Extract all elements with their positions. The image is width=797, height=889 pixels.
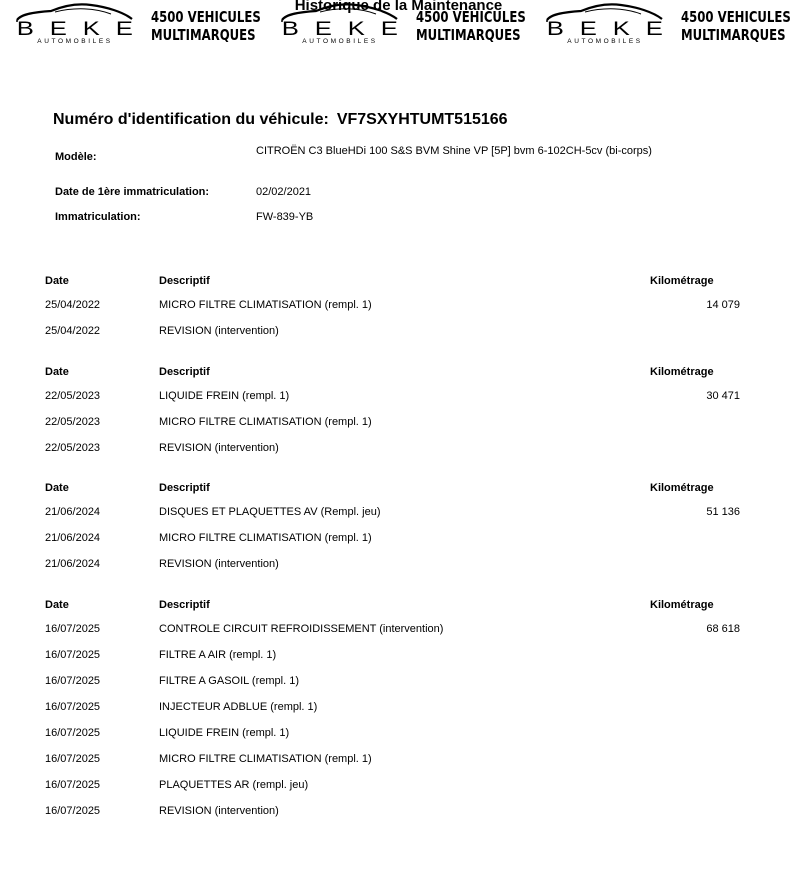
row-description: LIQUIDE FREIN (rempl. 1) (159, 727, 289, 739)
table-row: 21/06/2024MICRO FILTRE CLIMATISATION (re… (0, 532, 797, 546)
logo-wordmark: BEKE (19, 20, 131, 39)
logo-letter: K (83, 20, 100, 39)
logo-letter: E (381, 20, 398, 39)
row-date: 22/05/2023 (45, 416, 100, 428)
table-row: 22/05/2023MICRO FILTRE CLIMATISATION (re… (0, 416, 797, 430)
table-row: 16/07/2025MICRO FILTRE CLIMATISATION (re… (0, 753, 797, 767)
table-row: 16/07/2025INJECTEUR ADBLUE (rempl. 1) (0, 701, 797, 715)
registration-label: Immatriculation: (55, 211, 141, 223)
vin-value: VF7SXYHTUMT515166 (337, 111, 508, 128)
logo-letter: E (646, 20, 663, 39)
row-date: 25/04/2022 (45, 299, 100, 311)
table-row: 21/06/2024REVISION (intervention) (0, 558, 797, 572)
column-header-date: Date (45, 275, 69, 287)
row-description: REVISION (intervention) (159, 442, 279, 454)
logo-subtitle: AUTOMOBILES (290, 38, 390, 45)
row-date: 16/07/2025 (45, 727, 100, 739)
row-date: 16/07/2025 (45, 753, 100, 765)
table-header-row: DateDescriptifKilométrage (0, 482, 797, 496)
first-registration-value: 02/02/2021 (256, 186, 726, 198)
row-description: MICRO FILTRE CLIMATISATION (rempl. 1) (159, 753, 372, 765)
table-row: 22/05/2023LIQUIDE FREIN (rempl. 1)30 471 (0, 390, 797, 404)
first-registration-label: Date de 1ère immatriculation: (55, 186, 209, 198)
tagline-line-2: MULTIMARQUES (681, 26, 791, 44)
column-header-date: Date (45, 482, 69, 494)
row-date: 21/06/2024 (45, 532, 100, 544)
row-description: FILTRE A AIR (rempl. 1) (159, 649, 276, 661)
table-header-row: DateDescriptifKilométrage (0, 275, 797, 289)
row-date: 16/07/2025 (45, 649, 100, 661)
column-header-mileage: Kilométrage (650, 599, 714, 611)
table-row: 16/07/2025REVISION (intervention) (0, 805, 797, 819)
document-title: Historique de la Maintenance (0, 0, 797, 14)
row-description: PLAQUETTES AR (rempl. jeu) (159, 779, 308, 791)
column-header-date: Date (45, 599, 69, 611)
row-date: 16/07/2025 (45, 779, 100, 791)
logo-letter: K (348, 20, 365, 39)
row-date: 16/07/2025 (45, 805, 100, 817)
row-description: LIQUIDE FREIN (rempl. 1) (159, 390, 289, 402)
row-date: 21/06/2024 (45, 558, 100, 570)
row-date: 16/07/2025 (45, 623, 100, 635)
row-mileage: 68 618 (706, 623, 740, 635)
model-label: Modèle: (55, 151, 97, 163)
table-row: 22/05/2023REVISION (intervention) (0, 442, 797, 456)
table-row: 16/07/2025LIQUIDE FREIN (rempl. 1) (0, 727, 797, 741)
model-value: CITROËN C3 BlueHDi 100 S&S BVM Shine VP … (256, 145, 726, 157)
vin-heading: Numéro d'identification du véhicule:VF7S… (53, 111, 508, 129)
column-header-mileage: Kilométrage (650, 366, 714, 378)
row-description: MICRO FILTRE CLIMATISATION (rempl. 1) (159, 532, 372, 544)
table-row: 16/07/2025CONTROLE CIRCUIT REFROIDISSEME… (0, 623, 797, 637)
logo-letter: E (580, 20, 597, 39)
row-description: DISQUES ET PLAQUETTES AV (Rempl. jeu) (159, 506, 381, 518)
logo-letter: B (17, 20, 34, 39)
row-description: CONTROLE CIRCUIT REFROIDISSEMENT (interv… (159, 623, 443, 635)
table-row: 16/07/2025PLAQUETTES AR (rempl. jeu) (0, 779, 797, 793)
logo-letter: E (315, 20, 332, 39)
logo-wordmark: BEKE (284, 20, 396, 39)
column-header-description: Descriptif (159, 599, 210, 611)
row-date: 22/05/2023 (45, 442, 100, 454)
tagline-line-2: MULTIMARQUES (151, 26, 261, 44)
column-header-date: Date (45, 366, 69, 378)
tagline-line-2: MULTIMARQUES (416, 26, 526, 44)
logo-wordmark: BEKE (549, 20, 661, 39)
row-description: MICRO FILTRE CLIMATISATION (rempl. 1) (159, 416, 372, 428)
column-header-description: Descriptif (159, 366, 210, 378)
row-mileage: 30 471 (706, 390, 740, 402)
table-row: 16/07/2025FILTRE A AIR (rempl. 1) (0, 649, 797, 663)
column-header-description: Descriptif (159, 482, 210, 494)
logo-subtitle: AUTOMOBILES (555, 38, 655, 45)
table-header-row: DateDescriptifKilométrage (0, 366, 797, 380)
column-header-mileage: Kilométrage (650, 275, 714, 287)
row-date: 22/05/2023 (45, 390, 100, 402)
registration-value: FW-839-YB (256, 211, 726, 223)
logo-letter: B (547, 20, 564, 39)
row-date: 16/07/2025 (45, 701, 100, 713)
row-mileage: 51 136 (706, 506, 740, 518)
row-date: 21/06/2024 (45, 506, 100, 518)
row-description: MICRO FILTRE CLIMATISATION (rempl. 1) (159, 299, 372, 311)
row-description: FILTRE A GASOIL (rempl. 1) (159, 675, 299, 687)
vin-label: Numéro d'identification du véhicule: (53, 111, 329, 128)
table-row: 21/06/2024DISQUES ET PLAQUETTES AV (Remp… (0, 506, 797, 520)
column-header-mileage: Kilométrage (650, 482, 714, 494)
header-banner: Historique de la Maintenance BEKEAUTOMOB… (0, 0, 797, 50)
row-description: INJECTEUR ADBLUE (rempl. 1) (159, 701, 317, 713)
table-header-row: DateDescriptifKilométrage (0, 599, 797, 613)
row-mileage: 14 079 (706, 299, 740, 311)
row-date: 25/04/2022 (45, 325, 100, 337)
row-description: REVISION (intervention) (159, 805, 279, 817)
table-row: 25/04/2022REVISION (intervention) (0, 325, 797, 339)
column-header-description: Descriptif (159, 275, 210, 287)
logo-letter: E (116, 20, 133, 39)
logo-letter: E (50, 20, 67, 39)
logo-subtitle: AUTOMOBILES (25, 38, 125, 45)
table-row: 16/07/2025FILTRE A GASOIL (rempl. 1) (0, 675, 797, 689)
row-description: REVISION (intervention) (159, 325, 279, 337)
table-row: 25/04/2022MICRO FILTRE CLIMATISATION (re… (0, 299, 797, 313)
row-date: 16/07/2025 (45, 675, 100, 687)
logo-letter: K (613, 20, 630, 39)
logo-letter: B (282, 20, 299, 39)
row-description: REVISION (intervention) (159, 558, 279, 570)
